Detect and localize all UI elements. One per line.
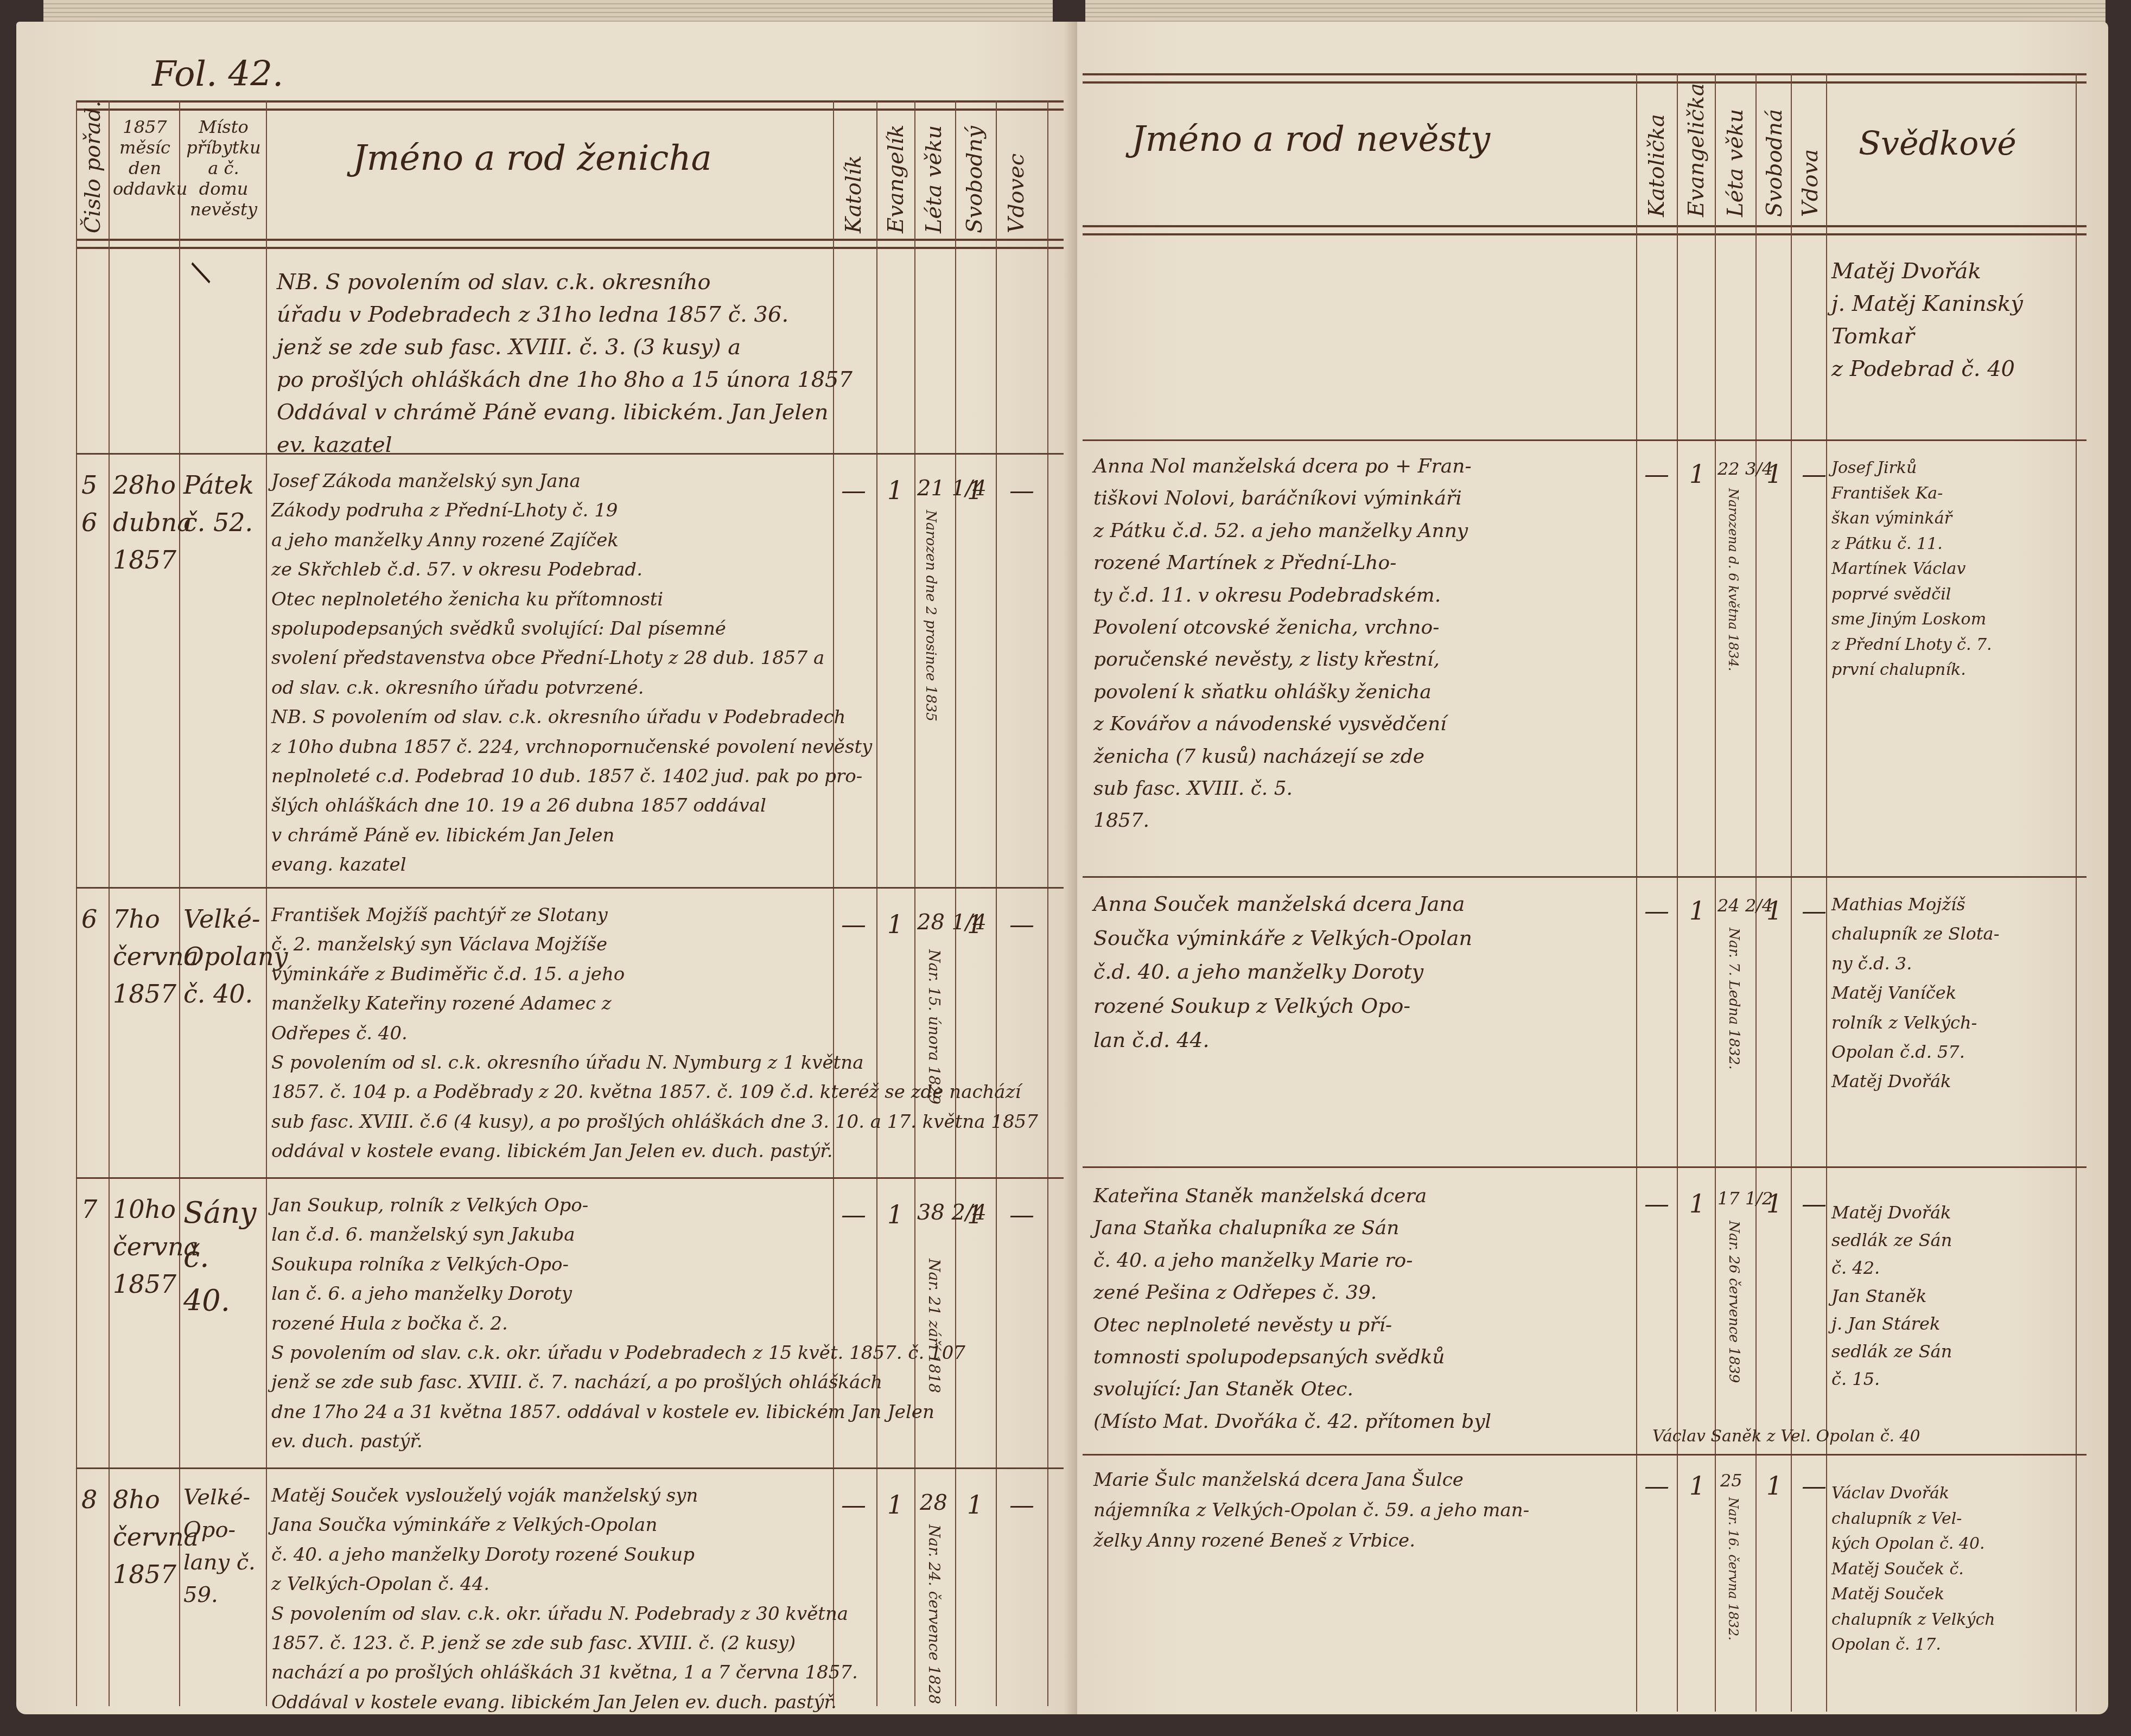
entry-widow: — <box>1802 1185 1827 1223</box>
entry-widower: — <box>1009 472 1034 509</box>
entry-widow: — <box>1802 1467 1827 1505</box>
entry-evangelic: 1 <box>887 472 903 509</box>
header-top-rule-2 <box>76 108 1064 111</box>
row-rule <box>76 1467 1064 1469</box>
entry-date: 7ho června 1857 <box>113 901 178 1013</box>
col-rule <box>1677 73 1678 1712</box>
header-age: Léta věku <box>1723 98 1748 217</box>
entry-number: 6 <box>81 901 109 938</box>
entry-age-note: Nar. 26 července 1839 <box>1726 1221 1742 1373</box>
header-top-rule <box>76 100 1064 103</box>
entry-catholic: — <box>1644 1185 1669 1223</box>
header-bottom-rule-2 <box>1083 233 2087 235</box>
entry-free: 1 <box>1766 892 1782 930</box>
left-page: Fol. 42. Čislo pořad. 1857 měsíc den odd… <box>16 22 1077 1714</box>
folio-number: Fol. 42. <box>152 54 283 94</box>
header-top-rule <box>1083 73 2087 75</box>
row-rule <box>1083 876 2087 878</box>
entry-age: 22 3/4 <box>1717 456 1773 482</box>
entry-age-note: Nar. 15. února 1829 <box>925 949 943 1112</box>
entry-age: 28 <box>920 1486 947 1519</box>
entry-free: 1 <box>967 1486 983 1524</box>
entry-place: Sány č. 40. <box>183 1191 265 1323</box>
entry-catholic: — <box>841 472 866 509</box>
entry-evangelic: 1 <box>1689 892 1705 930</box>
entry-footnote: Václav Saněk z Vel. Opolan č. 40 <box>1652 1424 2087 1448</box>
entry-place: Velké-Opo- lany č. 59. <box>183 1481 265 1611</box>
entry-age: 17 1/2 <box>1717 1185 1773 1211</box>
entry-age-note: Nar. 7. Ledna 1832. <box>1726 928 1742 1069</box>
entry-date: 10ho června 1857 <box>113 1191 178 1303</box>
header-bottom-rule-2 <box>76 247 1064 249</box>
entry-bride: Anna Nol manželská dcera po + Fran- tišk… <box>1093 450 1631 837</box>
header-date: 1857 měsíc den oddavku <box>113 117 177 199</box>
entry-evangelic: 1 <box>887 1196 903 1234</box>
entry-catholic: — <box>1644 456 1669 493</box>
entry-free: 1 <box>967 906 983 943</box>
entry-bride: Marie Šulc manželská dcera Jana Šulce ná… <box>1093 1465 1631 1556</box>
entry-evangelic: 1 <box>1689 456 1705 493</box>
entry-age-note: Nar. 24. července 1828 <box>925 1524 943 1687</box>
col-rule <box>76 100 77 1706</box>
entry-age-note: Narozen dne 2 prosince 1835 <box>923 510 939 651</box>
entry-age: 24 2/4 <box>1717 892 1773 918</box>
entry-catholic: — <box>841 1486 866 1524</box>
header-age: Léta věku <box>921 125 946 233</box>
right-page: Jméno a rod nevěsty Katolička Evangeličk… <box>1077 22 2108 1714</box>
col-rule <box>1715 73 1716 1712</box>
header-bottom-rule <box>1083 225 2087 227</box>
row-rule <box>76 1177 1064 1179</box>
entry-witnesses: Josef Jirků František Ka- škan výminkář … <box>1831 456 2076 683</box>
entry-witnesses: Matěj Dvořák sedlák ze Sán č. 42. Jan St… <box>1831 1199 2076 1393</box>
entry-age: 25 <box>1720 1467 1742 1494</box>
entry-free: 1 <box>1766 456 1782 493</box>
entry-widower: — <box>1009 1486 1034 1524</box>
entry-catholic: — <box>841 1196 866 1234</box>
header-evangelic: Evangelička <box>1684 98 1709 217</box>
entry-place: Pátek č. 52. <box>183 467 265 541</box>
header-place: Místo příbytku a č. domu nevěsty <box>183 117 264 220</box>
header-number: Čislo pořad. <box>80 125 105 233</box>
entry-place: Velké- Opolany č. 40. <box>183 901 265 1013</box>
col-rule <box>266 100 267 1706</box>
header-widow: Vdova <box>1798 98 1823 217</box>
entry-bride: Kateřina Staněk manželská dcera Jana Sta… <box>1093 1180 1631 1438</box>
entry-number: 7 <box>81 1191 109 1228</box>
header-catholic: Katolík <box>841 125 866 233</box>
entry-widower: — <box>1009 906 1034 943</box>
entry-widow: — <box>1802 456 1827 493</box>
entry-free: 1 <box>967 1196 983 1234</box>
header-catholic: Katolička <box>1644 98 1669 217</box>
entry-witnesses: Mathias Mojžíš chalupník ze Slota- ny č.… <box>1831 890 2076 1096</box>
col-rule <box>1791 73 1792 1712</box>
entry-date: 28ho dubna 1857 <box>113 467 178 579</box>
row-rule <box>76 887 1064 889</box>
entry-bride: Anna Souček manželská dcera Jana Součka … <box>1093 887 1631 1057</box>
entry-age-note: Narozena d. 6 května 1834. <box>1726 488 1741 608</box>
entry-age-note: Nar. 16. června 1832. <box>1726 1497 1741 1638</box>
entry-date: 8ho června 1857 <box>113 1481 178 1593</box>
quill-stroke-icon: / <box>183 259 219 286</box>
col-rule <box>179 100 180 1706</box>
entry-evangelic: 1 <box>887 906 903 943</box>
register-spread: Fol. 42. Čislo pořad. 1857 měsíc den odd… <box>0 0 2131 1736</box>
entry-age-note: Nar. 21 září 1818 <box>925 1259 943 1421</box>
entry-note: NB. S povolením od slav. c.k. okresního … <box>277 266 1036 461</box>
header-bride: Jméno a rod nevěsty <box>1131 119 1490 159</box>
row-rule <box>1083 1166 2087 1168</box>
header-top-rule-2 <box>1083 81 2087 84</box>
header-widower: Vdovec <box>1004 125 1029 233</box>
entry-free: 1 <box>967 472 983 509</box>
col-rule <box>1047 100 1048 1706</box>
header-bottom-rule <box>76 239 1064 241</box>
entry-evangelic: 1 <box>1689 1185 1705 1223</box>
header-groom: Jméno a rod ženicha <box>353 138 712 178</box>
entry-widow: — <box>1802 892 1827 930</box>
row-rule <box>1083 1454 2087 1456</box>
entry-witnesses: Václav Dvořák chalupník z Vel- kých Opol… <box>1831 1481 2076 1658</box>
header-free: Svobodný <box>962 125 987 233</box>
entry-catholic: — <box>1644 1467 1669 1505</box>
entry-evangelic: 1 <box>1689 1467 1705 1505</box>
entry-evangelic: 1 <box>887 1486 903 1524</box>
col-rule <box>1636 73 1637 1712</box>
row-rule <box>1083 439 2087 441</box>
entry-number: 5 6 <box>81 467 109 541</box>
header-free: Svobodná <box>1762 98 1787 217</box>
entry-free: 1 <box>1766 1467 1782 1505</box>
entry-widower: — <box>1009 1196 1034 1234</box>
entry-free: 1 <box>1766 1185 1782 1223</box>
header-evangelic: Evangelík <box>883 125 908 233</box>
header-witnesses: Svědkové <box>1859 125 2017 163</box>
entry-witnesses: Matěj Dvořák j. Matěj Kaninský Tomkař z … <box>1831 255 2070 385</box>
col-rule <box>2076 73 2077 1712</box>
col-rule <box>109 100 110 1706</box>
entry-catholic: — <box>1644 892 1669 930</box>
entry-catholic: — <box>841 906 866 943</box>
entry-number: 8 <box>81 1481 109 1518</box>
